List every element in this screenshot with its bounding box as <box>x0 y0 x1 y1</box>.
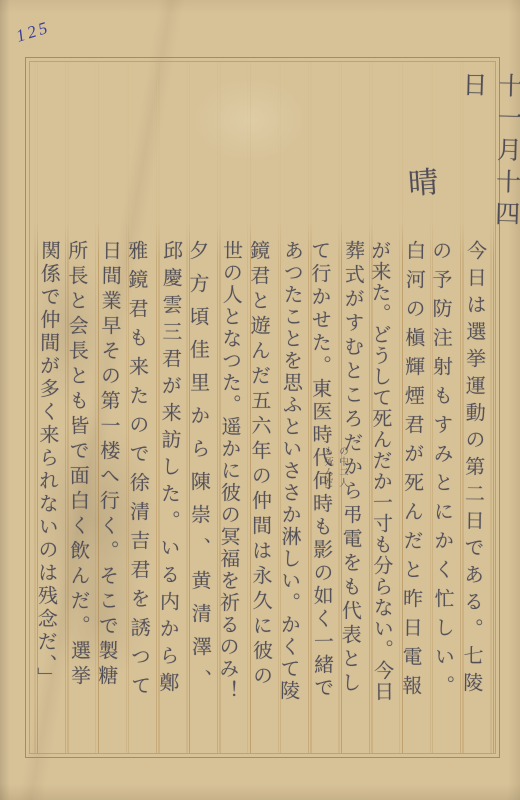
diary-column: が来た。どうして死んだか一寸も分らない。今日 <box>364 240 398 755</box>
weather-note: 晴 <box>407 157 440 203</box>
diary-column: あつたことを思ふといささか淋しい。かくて陵 <box>272 240 307 755</box>
diary-column: 所長と会長とも皆で面白く飲んだ。選挙 <box>60 240 94 755</box>
diary-column: 世の人となつた。遥かに彼の冥福を祈るのみ！ <box>211 240 246 755</box>
interlinear-note-line: も死んだ <box>320 446 334 488</box>
diary-column: 鏡君と遊んだ五六年の仲間は永久に彼の <box>242 240 276 755</box>
diary-column: 白河の槇輝煙君が死んだと昨日電報 <box>394 240 429 755</box>
diary-column: 雅鏡君も来たので徐清吉君を誘つて <box>121 240 155 755</box>
interlinear-note-line: の中二人 <box>335 446 349 488</box>
diary-column: て行かせた。東医時代何時も影の如く一緒で <box>303 240 337 755</box>
diary-text-columns: 今日は選挙運動の第二日である。七陵 の予防注射もすみとにかく忙しい。 白河の槇輝… <box>31 240 487 755</box>
diary-column: の予防注射もすみとにかく忙しい。 <box>424 240 458 755</box>
interlinear-note: の中二人 も死んだ <box>236 446 349 488</box>
diary-column: 日間業早その第一楼へ行く。そこで製糖 <box>90 240 125 755</box>
diary-column: 葬式がすむところだから弔電をも代表とし <box>333 240 368 755</box>
diary-column: 関係で仲間が多く来られないのは残念だ、」 <box>29 240 64 755</box>
diary-column: 邱慶雲三君が来訪した。いる内から鄭 <box>150 240 185 755</box>
diary-column: 夕方頃佳里から陳崇、黄清澤、 <box>181 240 215 755</box>
date-heading: 十一月十四日 <box>450 71 520 263</box>
diary-column: 今日は選挙運動の第二日である。七陵 <box>454 240 489 755</box>
